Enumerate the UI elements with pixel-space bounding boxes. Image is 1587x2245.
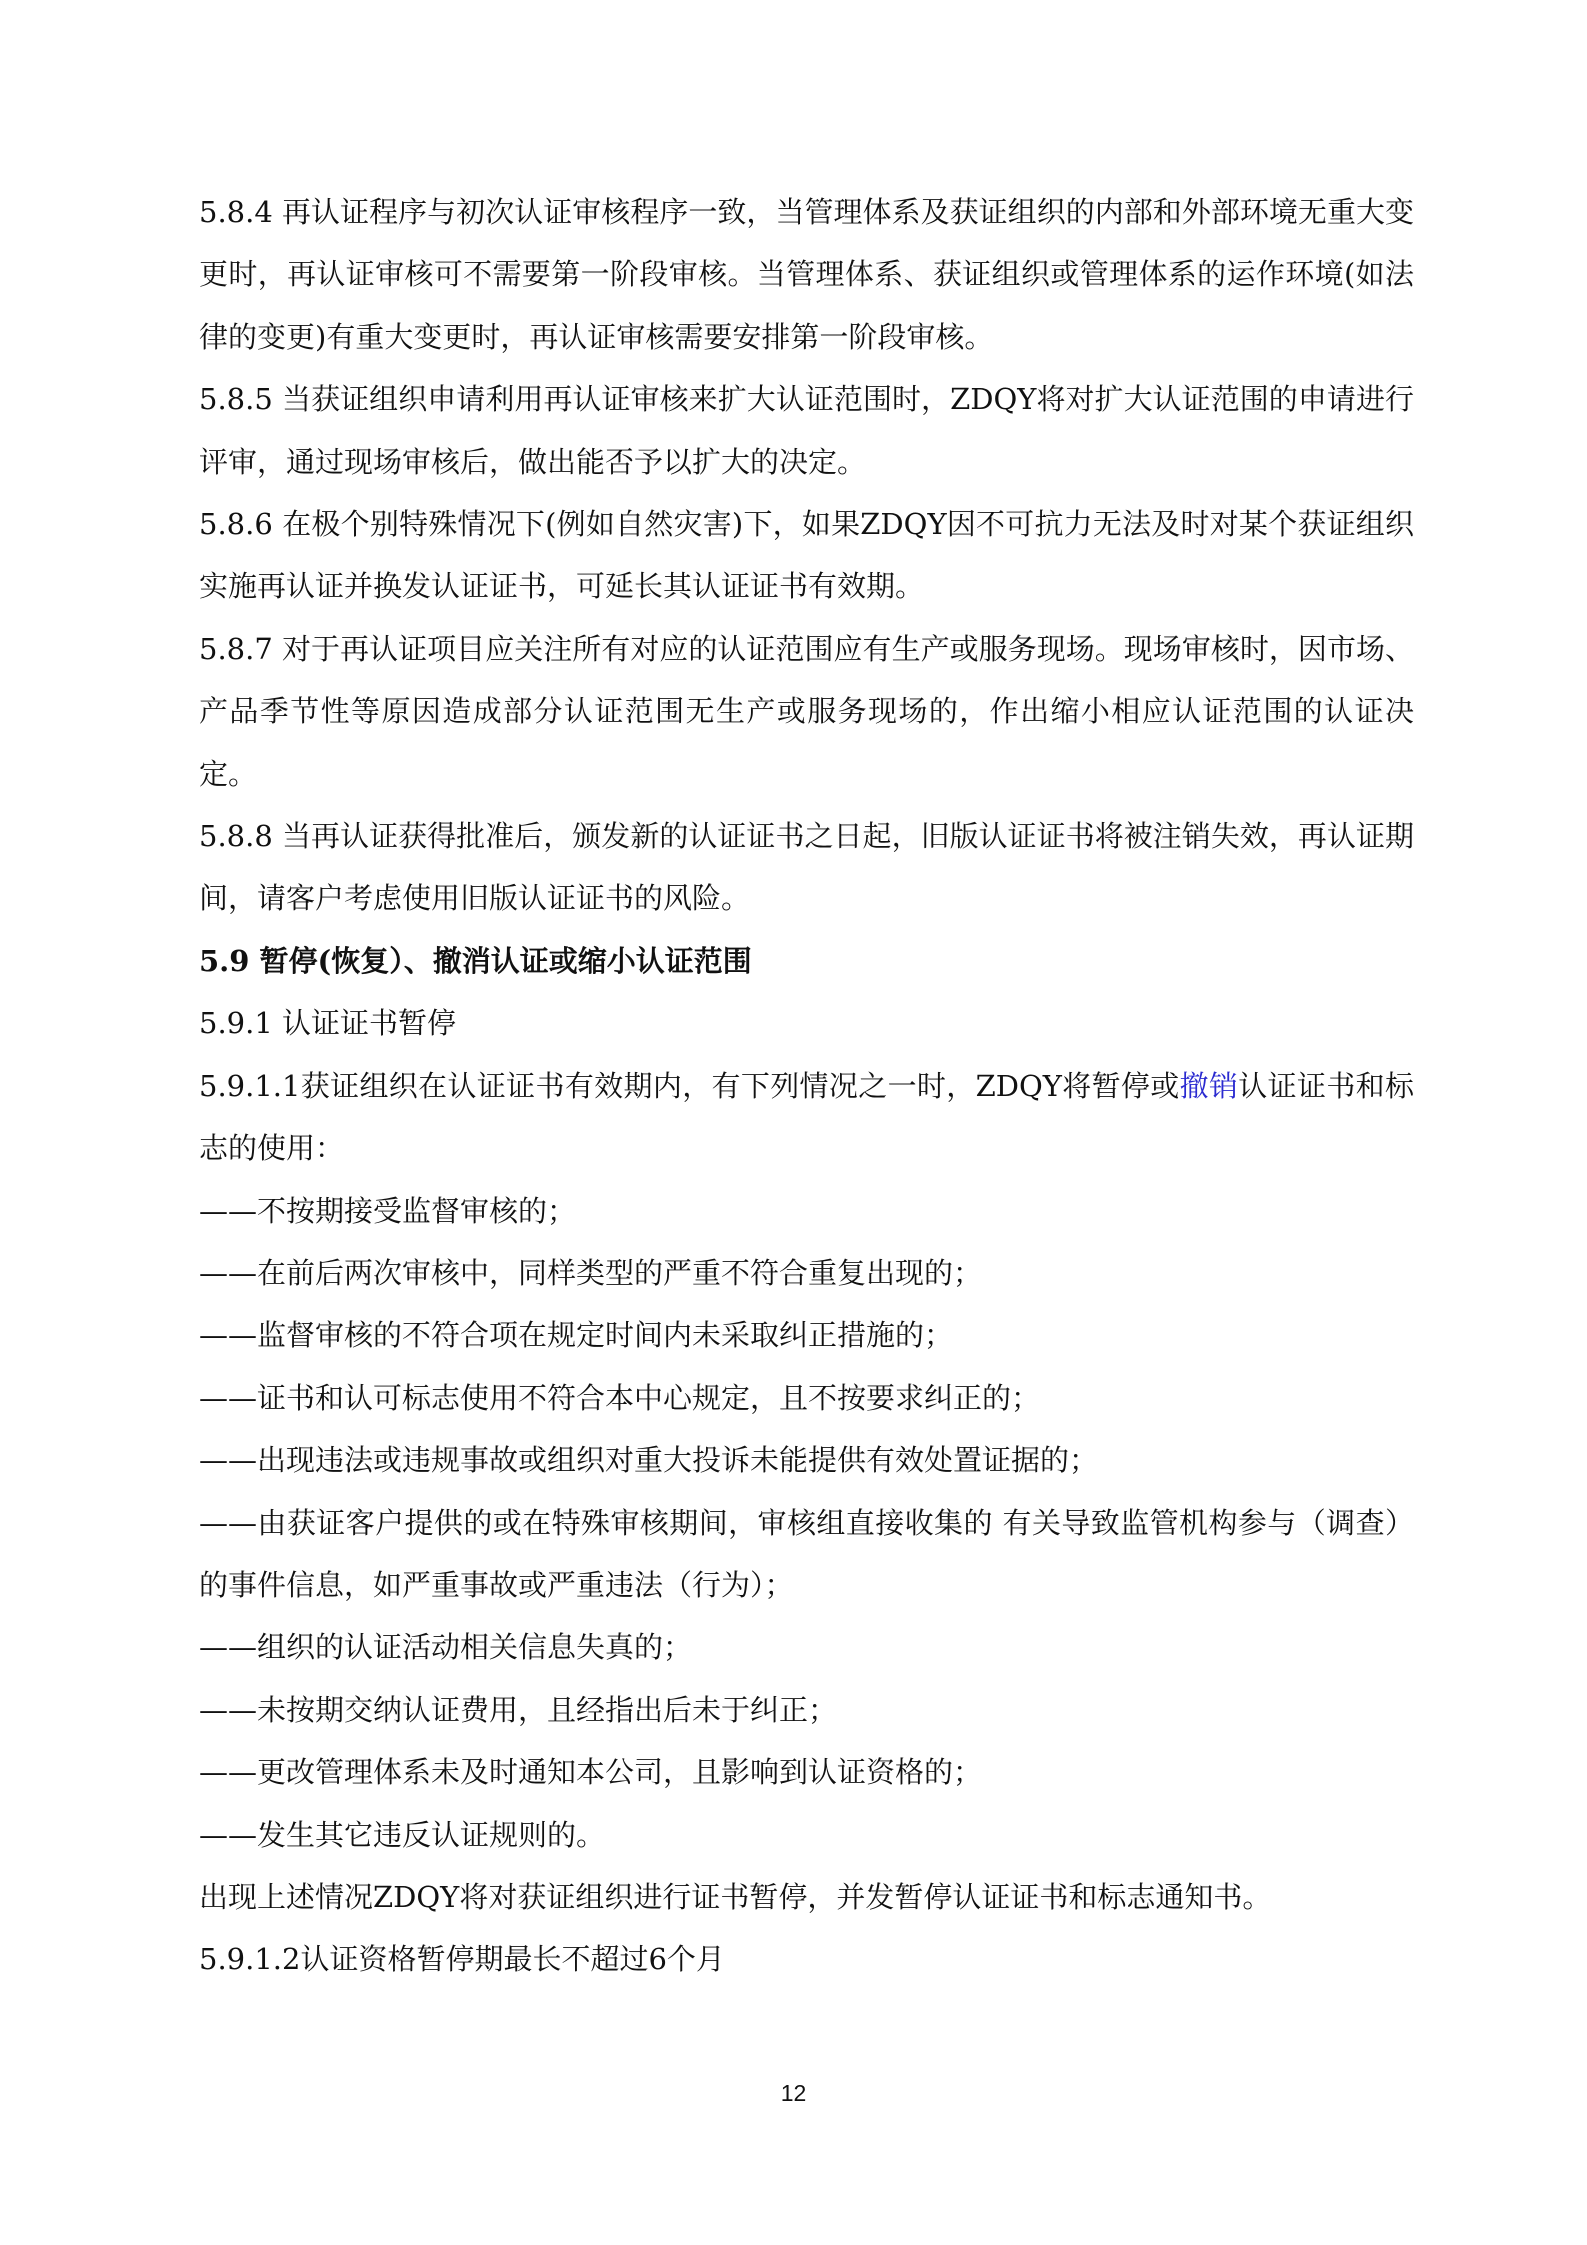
list-item: ——更改管理体系未及时通知本公司，且影响到认证资格的； — [199, 1741, 1414, 1803]
list-item: ——由获证客户提供的或在特殊审核期间，审核组直接收集的 有关导致监管机构参与（调… — [199, 1492, 1414, 1617]
clause-5-8-4: 5.8.4 再认证程序与初次认证审核程序一致，当管理体系及获证组织的内部和外部环… — [199, 181, 1414, 368]
clause-5-8-5: 5.8.5 当获证组织申请利用再认证审核来扩大认证范围时，ZDQY将对扩大认证范… — [199, 368, 1414, 493]
document-page: 5.8.4 再认证程序与初次认证审核程序一致，当管理体系及获证组织的内部和外部环… — [0, 0, 1587, 2245]
page-number: 12 — [0, 2080, 1587, 2107]
list-item: ——未按期交纳认证费用，且经指出后未于纠正； — [199, 1679, 1414, 1741]
clause-5-9-1-1-text: 5.9.1.1获证组织在认证证书有效期内，有下列情况之一时，ZDQY将暂停或 — [199, 1069, 1180, 1103]
list-item: ——出现违法或违规事故或组织对重大投诉未能提供有效处置证据的； — [199, 1429, 1414, 1491]
list-item: ——监督审核的不符合项在规定时间内未采取纠正措施的； — [199, 1304, 1414, 1366]
page-body: 5.8.4 再认证程序与初次认证审核程序一致，当管理体系及获证组织的内部和外部环… — [199, 181, 1414, 1991]
clause-5-8-7: 5.8.7 对于再认证项目应关注所有对应的认证范围应有生产或服务现场。现场审核时… — [199, 618, 1414, 805]
clause-5-9-1-1: 5.9.1.1获证组织在认证证书有效期内，有下列情况之一时，ZDQY将暂停或撤销… — [199, 1055, 1414, 1180]
revoke-link[interactable]: 撤销 — [1180, 1069, 1239, 1103]
list-item: ——在前后两次审核中，同样类型的严重不符合重复出现的； — [199, 1242, 1414, 1304]
list-item: ——不按期接受监督审核的； — [199, 1180, 1414, 1242]
summary-paragraph: 出现上述情况ZDQY将对获证组织进行证书暂停，并发暂停认证证书和标志通知书。 — [199, 1866, 1414, 1928]
clause-5-9-1: 5.9.1 认证证书暂停 — [199, 992, 1414, 1054]
list-item: ——证书和认可标志使用不符合本中心规定，且不按要求纠正的； — [199, 1367, 1414, 1429]
section-heading-5-9: 5.9 暂停(恢复）、撤消认证或缩小认证范围 — [199, 930, 1414, 992]
clause-5-9-1-2: 5.9.1.2认证资格暂停期最长不超过6个月 — [199, 1928, 1414, 1990]
list-item: ——发生其它违反认证规则的。 — [199, 1804, 1414, 1866]
clause-5-8-8: 5.8.8 当再认证获得批准后，颁发新的认证证书之日起，旧版认证证书将被注销失效… — [199, 805, 1414, 930]
clause-5-8-6: 5.8.6 在极个别特殊情况下(例如自然灾害)下，如果ZDQY因不可抗力无法及时… — [199, 493, 1414, 618]
list-item: ——组织的认证活动相关信息失真的； — [199, 1616, 1414, 1678]
